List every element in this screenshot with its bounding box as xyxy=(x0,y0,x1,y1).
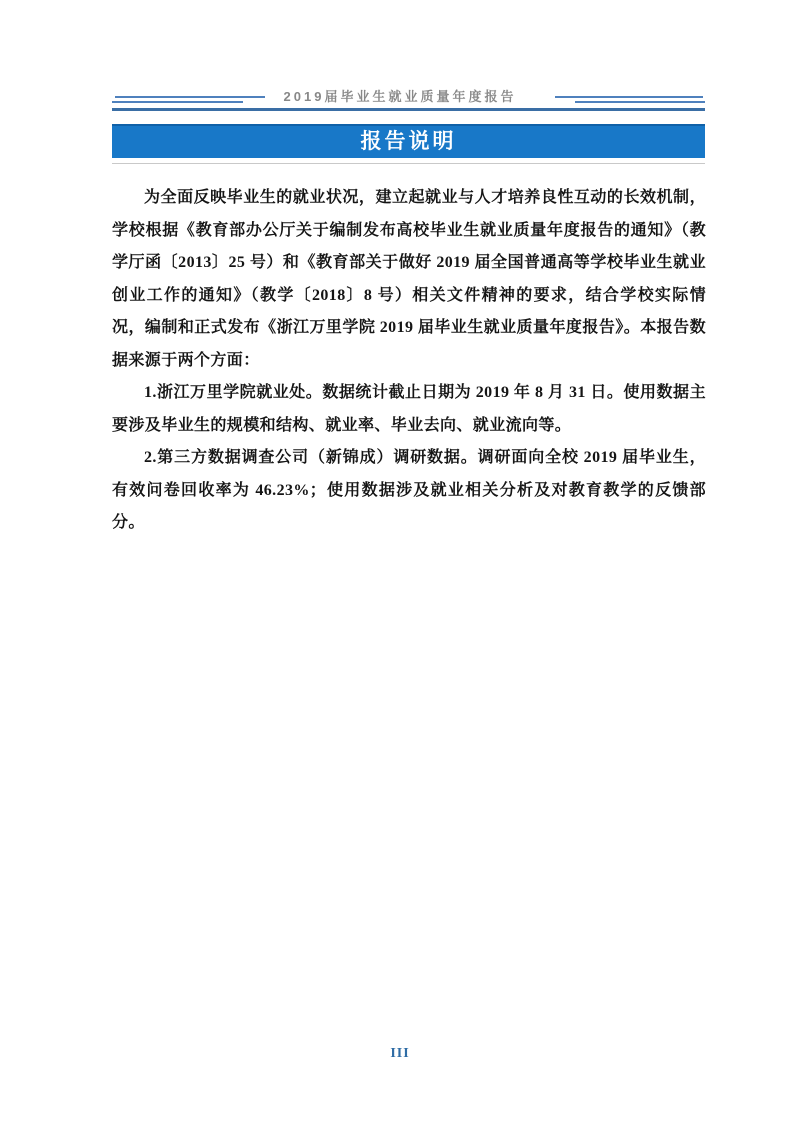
section-title-banner: 报告说明 xyxy=(112,124,705,158)
page-number: III xyxy=(390,1046,409,1061)
report-page: 2019届毕业生就业质量年度报告 报告说明 为全面反映毕业生的就业状况，建立起就… xyxy=(0,0,800,1131)
report-body: 为全面反映毕业生的就业状况，建立起就业与人才培养良性互动的长效机制，学校根据《教… xyxy=(112,182,706,540)
banner-shadow-line xyxy=(112,163,705,164)
page-footer: III xyxy=(0,1044,800,1062)
paragraph-data-source-1: 1.浙江万里学院就业处。数据统计截止日期为 2019 年 8 月 31 日。使用… xyxy=(112,377,706,442)
running-header-title: 2019届毕业生就业质量年度报告 xyxy=(0,86,800,105)
header-bottom-rule xyxy=(112,108,705,111)
paragraph-data-source-2: 2.第三方数据调查公司（新锦成）调研数据。调研面向全校 2019 届毕业生，有效… xyxy=(112,442,706,540)
section-title: 报告说明 xyxy=(112,126,705,158)
paragraph-intro: 为全面反映毕业生的就业状况，建立起就业与人才培养良性互动的长效机制，学校根据《教… xyxy=(112,182,706,377)
